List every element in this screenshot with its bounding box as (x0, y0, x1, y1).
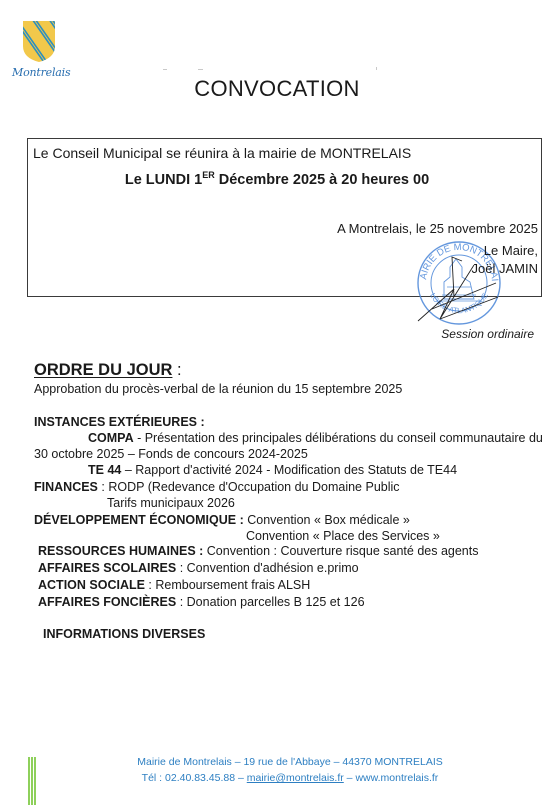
document-title: CONVOCATION (0, 76, 554, 102)
meeting-date-sup: ER (202, 170, 215, 180)
agenda-section-foncieres: AFFAIRES FONCIÈRES : Donation parcelles … (38, 595, 365, 609)
scan-speck (198, 69, 203, 70)
separator: : (145, 578, 155, 592)
agenda-section-rh: RESSOURCES HUMAINES : Convention : Couve… (38, 544, 478, 558)
convocation-notice-text: Le Conseil Municipal se réunira à la mai… (33, 145, 411, 161)
separator: : (98, 480, 108, 494)
meeting-date-prefix: Le LUNDI 1 (125, 172, 202, 188)
item-text: Remboursement frais ALSH (155, 578, 310, 592)
agenda-section-developpement: DÉVELOPPEMENT ÉCONOMIQUE : Convention « … (34, 513, 410, 527)
agenda-title-text: ORDRE DU JOUR (34, 361, 172, 379)
item-text: - Présentation des principales délibérat… (134, 431, 543, 445)
section-heading: ACTION SOCIALE (38, 578, 145, 592)
footer-website: www.montrelais.fr (355, 772, 438, 784)
agenda-section-finances: FINANCES : RODP (Redevance d'Occupation … (34, 480, 400, 494)
section-heading: INFORMATIONS DIVERSES (43, 627, 205, 641)
item-text: Convention d'adhésion e.primo (187, 561, 359, 575)
footer-contact: Tél : 02.40.83.45.88 – mairie@montrelais… (0, 772, 554, 784)
agenda-section-informations: INFORMATIONS DIVERSES (43, 627, 205, 641)
agenda-item: Tarifs municipaux 2026 (107, 496, 235, 510)
section-heading: AFFAIRES SCOLAIRES (38, 561, 176, 575)
agenda-section-sociale: ACTION SOCIALE : Remboursement frais ALS… (38, 578, 310, 592)
section-heading-instances: INSTANCES EXTÉRIEURES : (34, 415, 205, 429)
signatory-title: Le Maire, (484, 243, 538, 258)
section-heading: FINANCES (34, 480, 98, 494)
footer-phone: Tél : 02.40.83.45.88 – (142, 772, 247, 784)
separator: – (344, 772, 356, 784)
section-heading: DÉVELOPPEMENT ÉCONOMIQUE : (34, 513, 244, 527)
item-text: Donation parcelles B 125 et 126 (187, 595, 365, 609)
footer-address: Mairie de Montrelais – 19 rue de l'Abbay… (0, 756, 554, 768)
item-label-compa: COMPA (88, 431, 134, 445)
item-text: RODP (Redevance d'Occupation du Domaine … (108, 480, 399, 494)
session-type: Session ordinaire (441, 327, 534, 341)
scan-speck (163, 69, 167, 70)
agenda-item-continuation: 30 octobre 2025 – Fonds de concours 2024… (34, 447, 308, 461)
meeting-date-time: Le LUNDI 1ER Décembre 2025 à 20 heures 0… (0, 170, 554, 188)
agenda-title: ORDRE DU JOUR : (34, 361, 182, 380)
item-text: Convention : Couverture risque santé des… (207, 544, 479, 558)
section-heading: RESSOURCES HUMAINES : (38, 544, 203, 558)
agenda-item: Convention « Place des Services » (246, 529, 440, 543)
agenda-item: COMPA - Présentation des principales dél… (88, 431, 543, 445)
agenda-item: TE 44 – Rapport d'activité 2024 - Modifi… (88, 463, 457, 477)
item-text: Convention « Box médicale » (247, 513, 410, 527)
meeting-date-suffix: Décembre 2025 à 20 heures 00 (215, 172, 429, 188)
agenda-section-scolaires: AFFAIRES SCOLAIRES : Convention d'adhési… (38, 561, 359, 575)
agenda-approval: Approbation du procès-verbal de la réuni… (34, 382, 402, 396)
item-label-te44: TE 44 (88, 463, 121, 477)
agenda-title-colon: : (172, 361, 181, 379)
signatory-name: Joël JAMIN (472, 261, 538, 276)
separator: : (176, 561, 186, 575)
section-heading: AFFAIRES FONCIÈRES (38, 595, 176, 609)
scan-speck (376, 67, 377, 70)
shield-coat-of-arms-icon (22, 20, 56, 63)
item-text: – Rapport d'activité 2024 - Modification… (121, 463, 457, 477)
place-and-date: A Montrelais, le 25 novembre 2025 (337, 221, 538, 236)
footer-email-link[interactable]: mairie@montrelais.fr (247, 772, 344, 784)
agenda-section-heading: INSTANCES EXTÉRIEURES : (34, 415, 205, 429)
separator: : (176, 595, 186, 609)
